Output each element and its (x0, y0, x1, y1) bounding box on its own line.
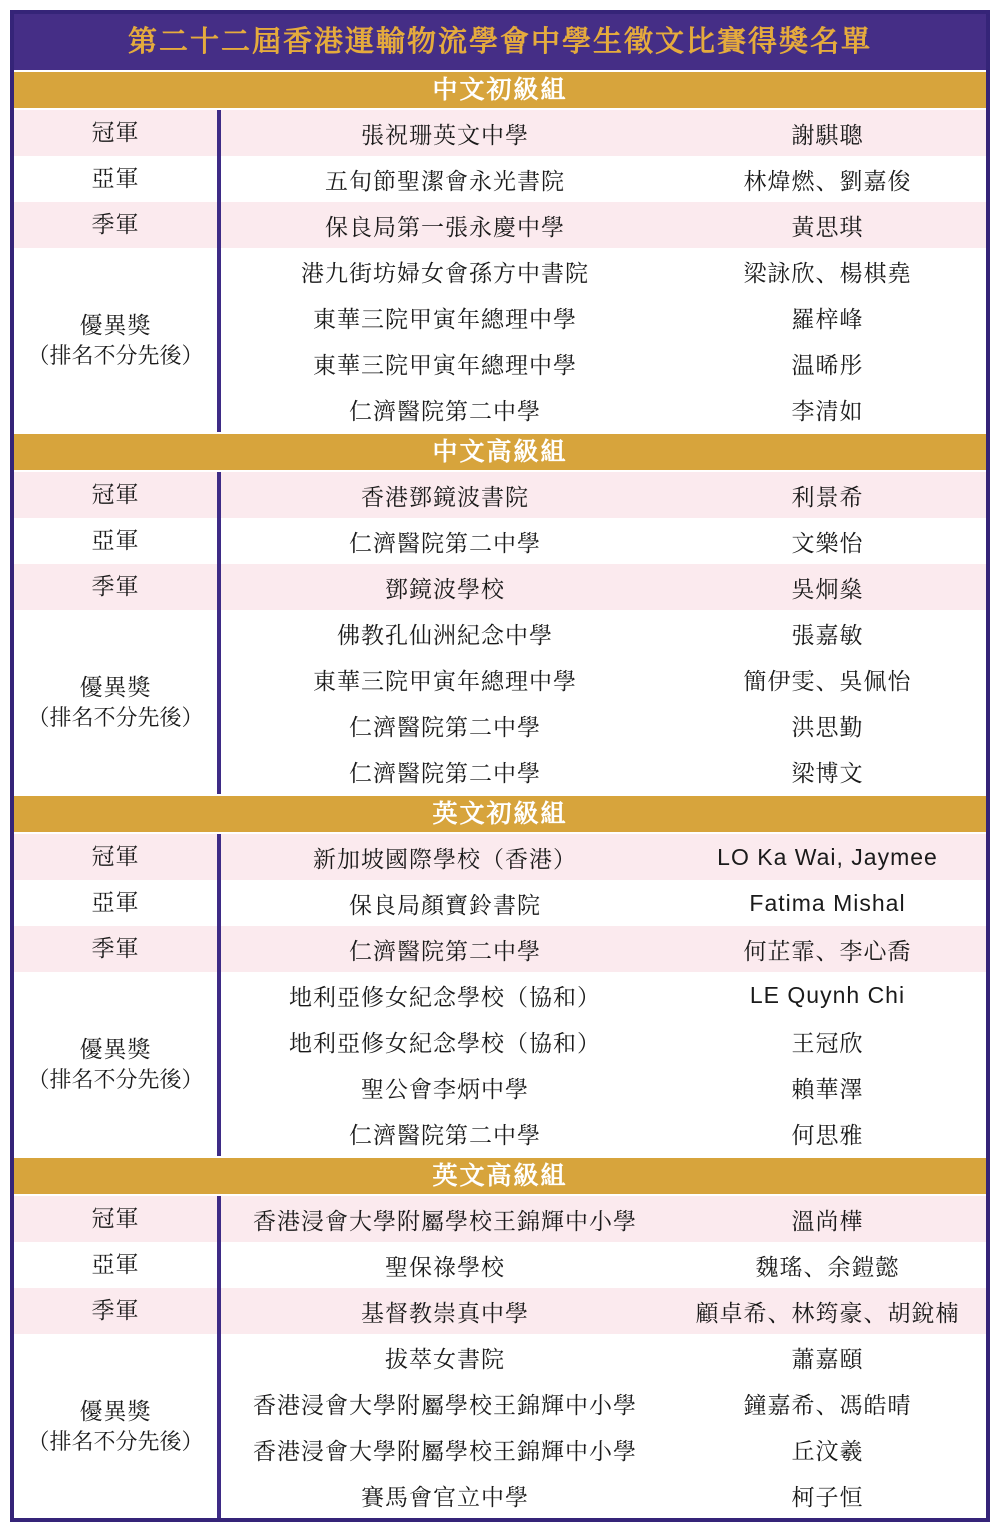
school-name: 保良局第一張永慶中學 (221, 209, 669, 242)
school-name: 佛教孔仙洲紀念中學 (221, 617, 669, 650)
school-name: 香港浸會大學附屬學校王錦輝中小學 (221, 1387, 669, 1420)
student-names: 梁詠欣、楊棋堯 (669, 255, 986, 288)
entry-row: 五旬節聖潔會永光書院林煒燃、劉嘉俊 (221, 156, 986, 202)
entry-row: 張祝珊英文中學謝騏聰 (221, 110, 986, 156)
table-row: 冠軍香港鄧鏡波書院利景希 (14, 472, 986, 518)
entry-row: 仁濟醫院第二中學文樂怡 (221, 518, 986, 564)
school-name: 地利亞修女紀念學校（協和） (221, 979, 669, 1012)
school-name: 仁濟醫院第二中學 (221, 1117, 669, 1150)
entry-row: 仁濟醫院第二中學洪思勤 (221, 702, 986, 748)
award-note: （排名不分先後） (27, 1065, 203, 1095)
student-names: 簡伊雯、吳佩怡 (669, 663, 986, 696)
student-names: 顧卓希、林筠豪、胡銳楠 (669, 1295, 986, 1328)
section-header: 中文初級組 (14, 70, 986, 110)
school-name: 五旬節聖潔會永光書院 (221, 163, 669, 196)
award-cell: 優異獎（排名不分先後） (14, 972, 221, 1156)
school-name: 東華三院甲寅年總理中學 (221, 301, 669, 334)
award-label: 冠軍 (92, 117, 140, 148)
entry-list: 鄧鏡波學校吳炯燊 (221, 564, 986, 610)
awards-table: 第二十二屆香港運輸物流學會中學生徵文比賽得獎名單 中文初級組冠軍張祝珊英文中學謝… (10, 10, 990, 1521)
section-header: 英文高級組 (14, 1156, 986, 1196)
table-row: 季軍仁濟醫院第二中學何芷霏、李心喬 (14, 926, 986, 972)
entry-list: 地利亞修女紀念學校（協和）LE Quynh Chi地利亞修女紀念學校（協和）王冠… (221, 972, 986, 1156)
school-name: 仁濟醫院第二中學 (221, 755, 669, 788)
school-name: 仁濟醫院第二中學 (221, 393, 669, 426)
student-names: 李清如 (669, 393, 986, 426)
entry-list: 保良局第一張永慶中學黃思琪 (221, 202, 986, 248)
award-label: 優異獎 (80, 310, 152, 341)
entry-row: 鄧鏡波學校吳炯燊 (221, 564, 986, 610)
entry-row: 聖公會李炳中學賴華澤 (221, 1064, 986, 1110)
table-row: 優異獎（排名不分先後）佛教孔仙洲紀念中學張嘉敏東華三院甲寅年總理中學簡伊雯、吳佩… (14, 610, 986, 794)
table-row: 優異獎（排名不分先後）拔萃女書院蕭嘉頤香港浸會大學附屬學校王錦輝中小學鐘嘉希、馮… (14, 1334, 986, 1518)
award-cell: 優異獎（排名不分先後） (14, 610, 221, 794)
student-names: 梁博文 (669, 755, 986, 788)
award-cell: 冠軍 (14, 110, 221, 156)
student-names: 魏瑤、余鎧懿 (669, 1249, 986, 1282)
award-label: 優異獎 (80, 1396, 152, 1427)
student-names: 何芷霏、李心喬 (669, 933, 986, 966)
entry-row: 香港浸會大學附屬學校王錦輝中小學溫尚樺 (221, 1196, 986, 1242)
entry-row: 新加坡國際學校（香港）LO Ka Wai, Jaymee (221, 834, 986, 880)
table-row: 冠軍新加坡國際學校（香港）LO Ka Wai, Jaymee (14, 834, 986, 880)
school-name: 聖公會李炳中學 (221, 1071, 669, 1104)
entry-row: 地利亞修女紀念學校（協和）王冠欣 (221, 1018, 986, 1064)
award-label: 季軍 (92, 209, 140, 240)
award-label: 季軍 (92, 571, 140, 602)
student-names: 吳炯燊 (669, 571, 986, 604)
student-names: 柯子恒 (669, 1479, 986, 1512)
section-header: 中文高級組 (14, 432, 986, 472)
table-row: 冠軍張祝珊英文中學謝騏聰 (14, 110, 986, 156)
school-name: 新加坡國際學校（香港） (221, 841, 669, 874)
entry-row: 東華三院甲寅年總理中學温晞彤 (221, 340, 986, 386)
award-label: 亞軍 (92, 887, 140, 918)
student-names: 鐘嘉希、馮皓晴 (669, 1387, 986, 1420)
school-name: 鄧鏡波學校 (221, 571, 669, 604)
table-row: 亞軍五旬節聖潔會永光書院林煒燃、劉嘉俊 (14, 156, 986, 202)
student-names: 林煒燃、劉嘉俊 (669, 163, 986, 196)
school-name: 仁濟醫院第二中學 (221, 933, 669, 966)
table-row: 季軍保良局第一張永慶中學黃思琪 (14, 202, 986, 248)
section-header: 英文初級組 (14, 794, 986, 834)
award-cell: 季軍 (14, 1288, 221, 1334)
award-label: 優異獎 (80, 672, 152, 703)
school-name: 香港鄧鏡波書院 (221, 479, 669, 512)
entry-list: 港九街坊婦女會孫方中書院梁詠欣、楊棋堯東華三院甲寅年總理中學羅梓峰東華三院甲寅年… (221, 248, 986, 432)
award-label: 亞軍 (92, 525, 140, 556)
student-names: 王冠欣 (669, 1025, 986, 1058)
award-label: 冠軍 (92, 841, 140, 872)
table-row: 亞軍聖保祿學校魏瑤、余鎧懿 (14, 1242, 986, 1288)
entry-row: 保良局顏寶鈴書院Fatima Mishal (221, 880, 986, 926)
school-name: 仁濟醫院第二中學 (221, 709, 669, 742)
student-names: 謝騏聰 (669, 117, 986, 150)
page-title: 第二十二屆香港運輸物流學會中學生徵文比賽得獎名單 (14, 14, 986, 70)
entry-row: 佛教孔仙洲紀念中學張嘉敏 (221, 610, 986, 656)
table-row: 優異獎（排名不分先後）港九街坊婦女會孫方中書院梁詠欣、楊棋堯東華三院甲寅年總理中… (14, 248, 986, 432)
student-names: LO Ka Wai, Jaymee (669, 844, 986, 871)
school-name: 賽馬會官立中學 (221, 1479, 669, 1512)
entry-row: 拔萃女書院蕭嘉頤 (221, 1334, 986, 1380)
table-row: 亞軍保良局顏寶鈴書院Fatima Mishal (14, 880, 986, 926)
entry-row: 仁濟醫院第二中學何思雅 (221, 1110, 986, 1156)
student-names: 蕭嘉頤 (669, 1341, 986, 1374)
entry-row: 基督教崇真中學顧卓希、林筠豪、胡銳楠 (221, 1288, 986, 1334)
student-names: 黃思琪 (669, 209, 986, 242)
award-note: （排名不分先後） (27, 703, 203, 733)
school-name: 張祝珊英文中學 (221, 117, 669, 150)
entry-row: 地利亞修女紀念學校（協和）LE Quynh Chi (221, 972, 986, 1018)
school-name: 香港浸會大學附屬學校王錦輝中小學 (221, 1433, 669, 1466)
school-name: 聖保祿學校 (221, 1249, 669, 1282)
school-name: 拔萃女書院 (221, 1341, 669, 1374)
entry-list: 佛教孔仙洲紀念中學張嘉敏東華三院甲寅年總理中學簡伊雯、吳佩怡仁濟醫院第二中學洪思… (221, 610, 986, 794)
student-names: 洪思勤 (669, 709, 986, 742)
entry-row: 東華三院甲寅年總理中學羅梓峰 (221, 294, 986, 340)
entry-list: 張祝珊英文中學謝騏聰 (221, 110, 986, 156)
student-names: LE Quynh Chi (669, 982, 986, 1009)
entry-list: 保良局顏寶鈴書院Fatima Mishal (221, 880, 986, 926)
award-label: 冠軍 (92, 479, 140, 510)
school-name: 仁濟醫院第二中學 (221, 525, 669, 558)
school-name: 東華三院甲寅年總理中學 (221, 347, 669, 380)
entry-list: 香港鄧鏡波書院利景希 (221, 472, 986, 518)
student-names: 羅梓峰 (669, 301, 986, 334)
award-label: 冠軍 (92, 1203, 140, 1234)
school-name: 地利亞修女紀念學校（協和） (221, 1025, 669, 1058)
entry-row: 港九街坊婦女會孫方中書院梁詠欣、楊棋堯 (221, 248, 986, 294)
table-row: 優異獎（排名不分先後）地利亞修女紀念學校（協和）LE Quynh Chi地利亞修… (14, 972, 986, 1156)
student-names: 利景希 (669, 479, 986, 512)
student-names: 文樂怡 (669, 525, 986, 558)
student-names: 何思雅 (669, 1117, 986, 1150)
student-names: 張嘉敏 (669, 617, 986, 650)
entry-row: 仁濟醫院第二中學何芷霏、李心喬 (221, 926, 986, 972)
entry-row: 仁濟醫院第二中學梁博文 (221, 748, 986, 794)
award-label: 季軍 (92, 933, 140, 964)
award-label: 亞軍 (92, 163, 140, 194)
entry-list: 仁濟醫院第二中學何芷霏、李心喬 (221, 926, 986, 972)
award-cell: 冠軍 (14, 472, 221, 518)
school-name: 港九街坊婦女會孫方中書院 (221, 255, 669, 288)
award-label: 優異獎 (80, 1034, 152, 1065)
award-cell: 優異獎（排名不分先後） (14, 1334, 221, 1518)
award-label: 季軍 (92, 1295, 140, 1326)
table-row: 冠軍香港浸會大學附屬學校王錦輝中小學溫尚樺 (14, 1196, 986, 1242)
award-cell: 亞軍 (14, 156, 221, 202)
school-name: 東華三院甲寅年總理中學 (221, 663, 669, 696)
school-name: 香港浸會大學附屬學校王錦輝中小學 (221, 1203, 669, 1236)
award-cell: 冠軍 (14, 834, 221, 880)
entry-row: 仁濟醫院第二中學李清如 (221, 386, 986, 432)
school-name: 保良局顏寶鈴書院 (221, 887, 669, 920)
entry-row: 保良局第一張永慶中學黃思琪 (221, 202, 986, 248)
entry-row: 賽馬會官立中學柯子恒 (221, 1472, 986, 1518)
table-row: 季軍基督教崇真中學顧卓希、林筠豪、胡銳楠 (14, 1288, 986, 1334)
award-note: （排名不分先後） (27, 1427, 203, 1457)
student-names: 賴華澤 (669, 1071, 986, 1104)
entry-row: 香港浸會大學附屬學校王錦輝中小學丘汶羲 (221, 1426, 986, 1472)
entry-list: 聖保祿學校魏瑤、余鎧懿 (221, 1242, 986, 1288)
entry-row: 香港鄧鏡波書院利景希 (221, 472, 986, 518)
award-cell: 季軍 (14, 564, 221, 610)
student-names: 温晞彤 (669, 347, 986, 380)
award-cell: 冠軍 (14, 1196, 221, 1242)
award-cell: 優異獎（排名不分先後） (14, 248, 221, 432)
table-row: 亞軍仁濟醫院第二中學文樂怡 (14, 518, 986, 564)
award-cell: 亞軍 (14, 880, 221, 926)
entry-list: 基督教崇真中學顧卓希、林筠豪、胡銳楠 (221, 1288, 986, 1334)
entry-row: 聖保祿學校魏瑤、余鎧懿 (221, 1242, 986, 1288)
entry-row: 香港浸會大學附屬學校王錦輝中小學鐘嘉希、馮皓晴 (221, 1380, 986, 1426)
award-cell: 季軍 (14, 202, 221, 248)
entry-list: 拔萃女書院蕭嘉頤香港浸會大學附屬學校王錦輝中小學鐘嘉希、馮皓晴香港浸會大學附屬學… (221, 1334, 986, 1518)
award-cell: 亞軍 (14, 518, 221, 564)
table-row: 季軍鄧鏡波學校吳炯燊 (14, 564, 986, 610)
entry-list: 新加坡國際學校（香港）LO Ka Wai, Jaymee (221, 834, 986, 880)
award-label: 亞軍 (92, 1249, 140, 1280)
sections: 中文初級組冠軍張祝珊英文中學謝騏聰亞軍五旬節聖潔會永光書院林煒燃、劉嘉俊季軍保良… (14, 70, 986, 1518)
entry-list: 五旬節聖潔會永光書院林煒燃、劉嘉俊 (221, 156, 986, 202)
award-cell: 亞軍 (14, 1242, 221, 1288)
entry-row: 東華三院甲寅年總理中學簡伊雯、吳佩怡 (221, 656, 986, 702)
entry-list: 仁濟醫院第二中學文樂怡 (221, 518, 986, 564)
entry-list: 香港浸會大學附屬學校王錦輝中小學溫尚樺 (221, 1196, 986, 1242)
student-names: 溫尚樺 (669, 1203, 986, 1236)
award-cell: 季軍 (14, 926, 221, 972)
school-name: 基督教崇真中學 (221, 1295, 669, 1328)
student-names: 丘汶羲 (669, 1433, 986, 1466)
student-names: Fatima Mishal (669, 890, 986, 917)
award-note: （排名不分先後） (27, 341, 203, 371)
